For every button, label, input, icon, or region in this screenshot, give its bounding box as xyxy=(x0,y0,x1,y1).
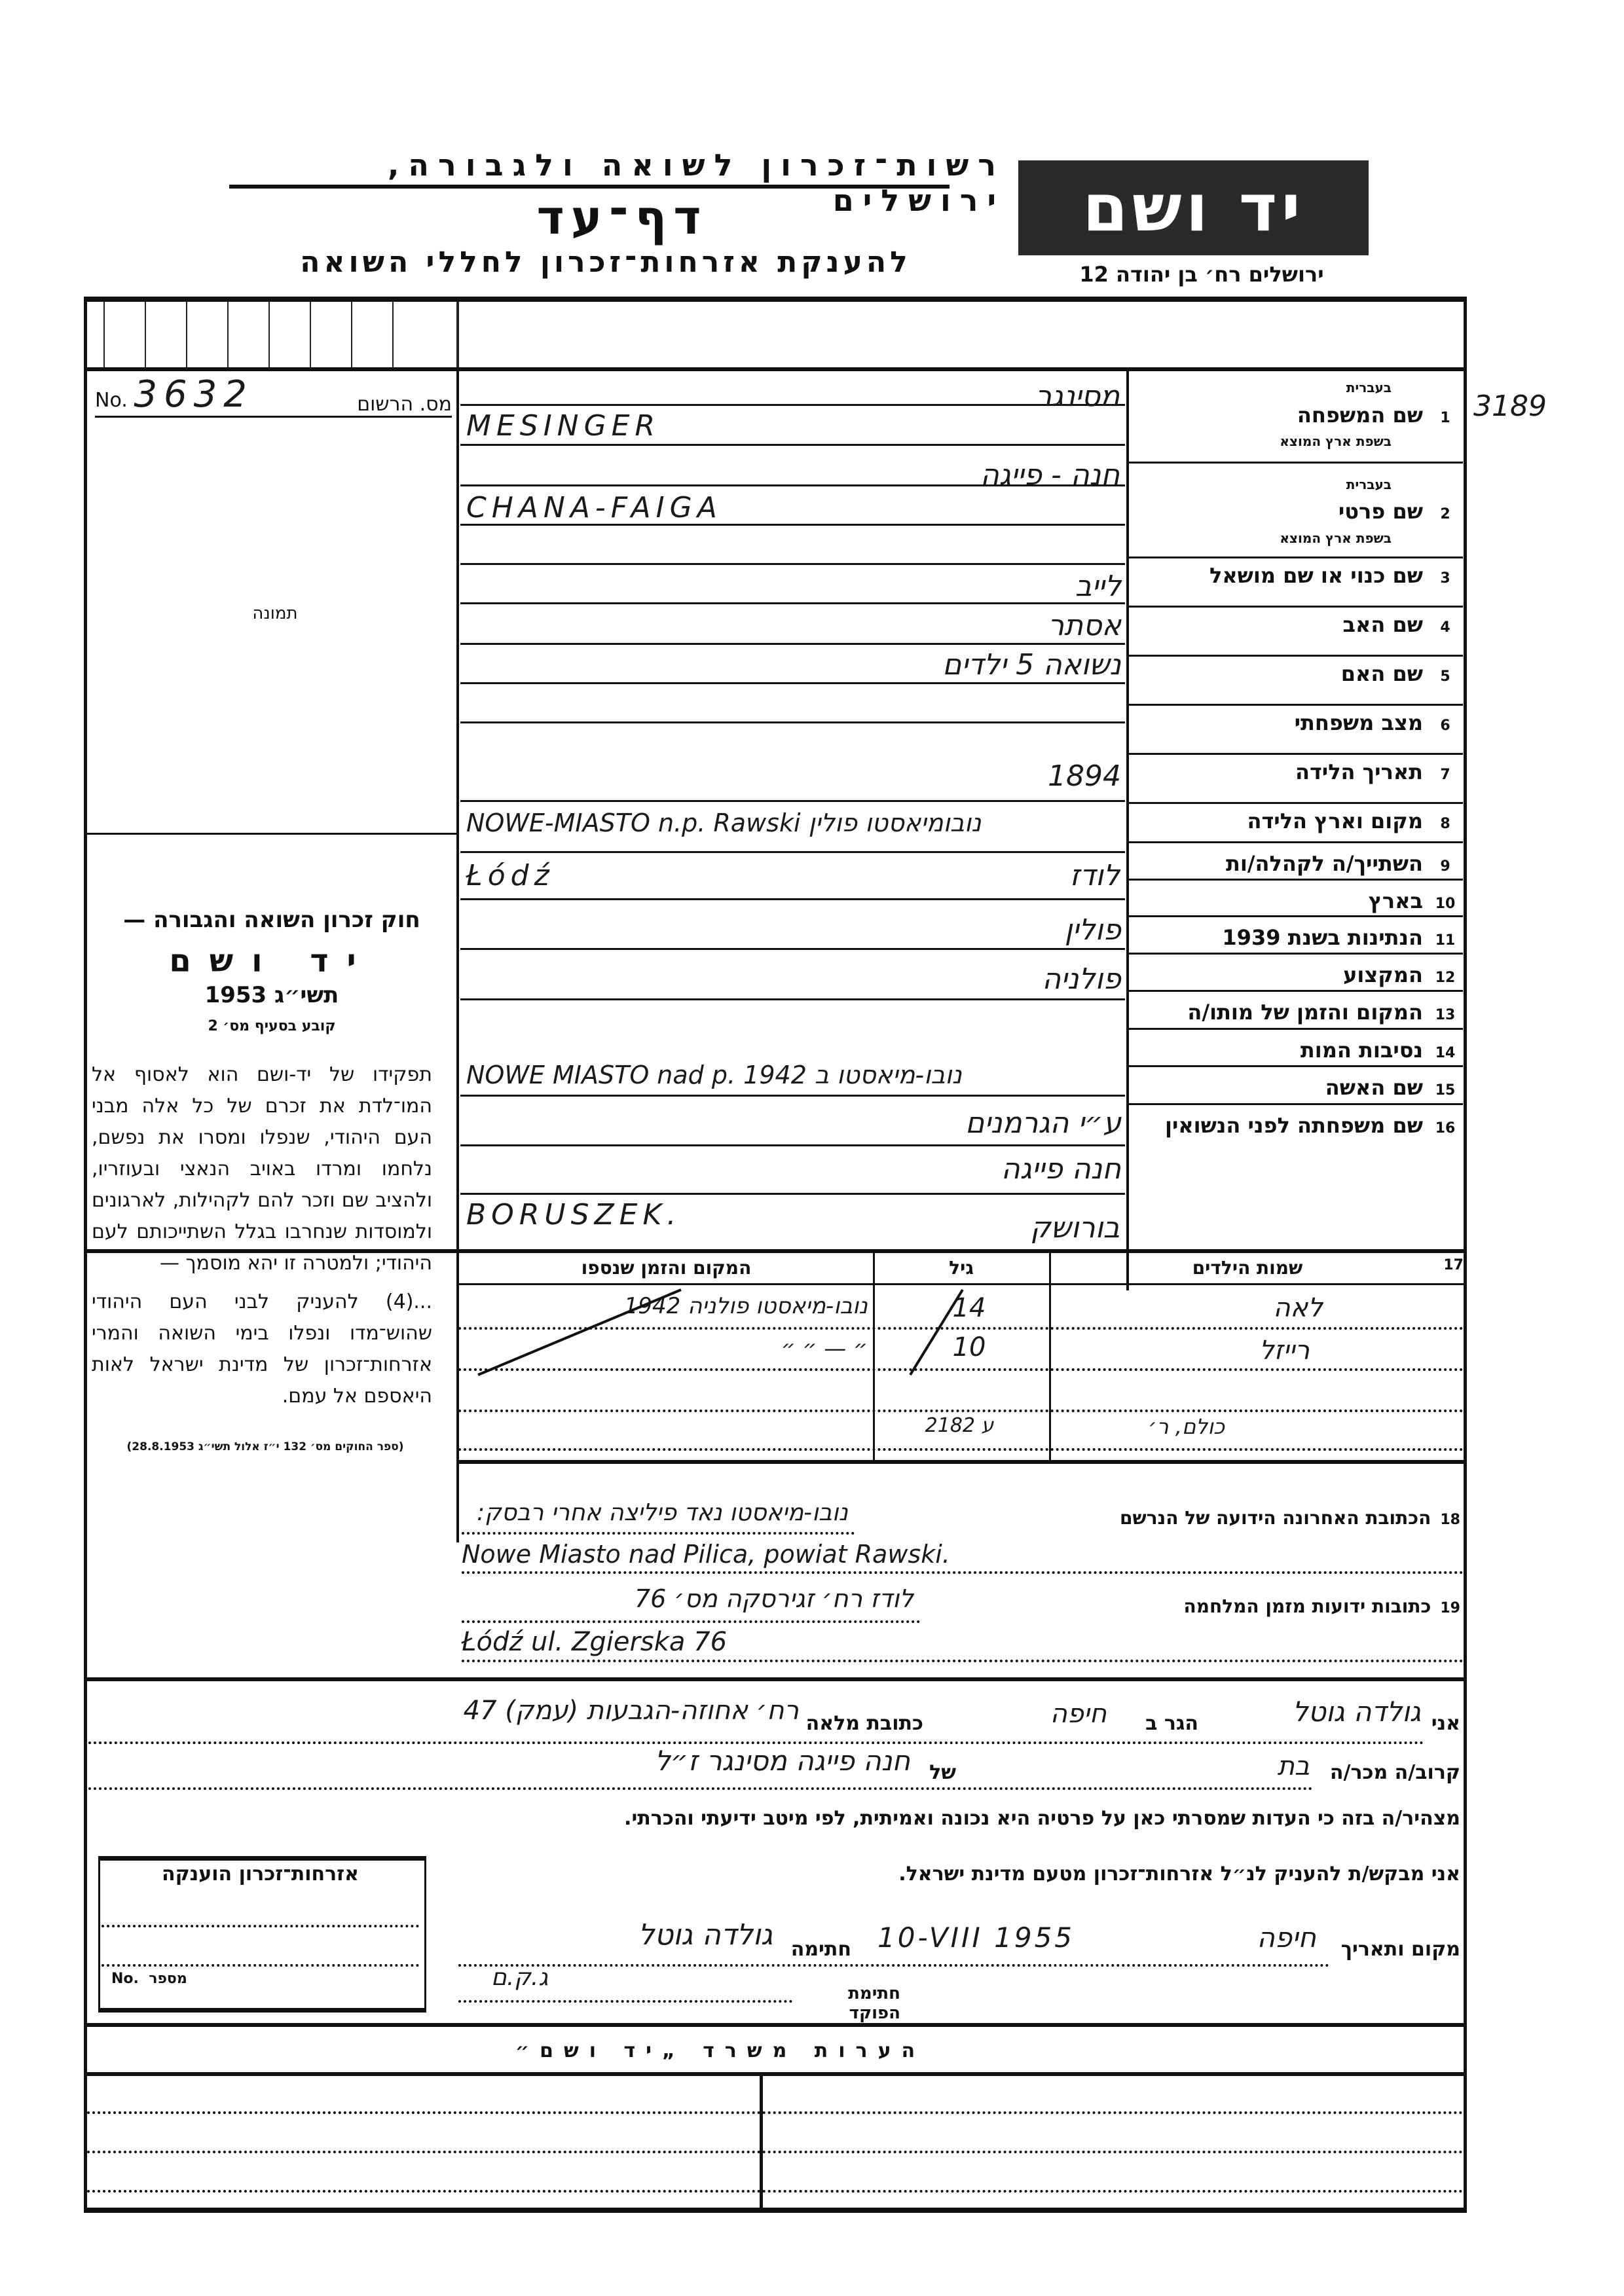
remarks-title: הערות משרד „יד ושם״ xyxy=(458,2039,982,2062)
header-underline xyxy=(229,185,950,189)
relation-value[interactable]: בת xyxy=(1211,1751,1310,1781)
yad-vashem-logo: יד ושם xyxy=(1018,160,1369,255)
field-3-label: 3שם כנוי או שם מושאל xyxy=(1132,563,1456,588)
field-15-value[interactable]: חנה פייגה xyxy=(466,1152,1121,1186)
field-1-label: 1שם המשפחה xyxy=(1132,403,1456,428)
field-1-sub-origin: בשפת ארץ המוצא xyxy=(1136,433,1392,449)
field-14-value[interactable]: ע״י הגרמנים xyxy=(466,1106,1121,1140)
address-section-bottom xyxy=(87,1677,1464,1681)
field-15-label: 15שם האשה xyxy=(1132,1075,1456,1100)
child-4-age-note[interactable]: 2182 ע xyxy=(877,1414,1041,1437)
form-subtitle: להענקת אזרחות־זכרון לחללי השואה xyxy=(295,246,917,279)
resides-label: הגר ב xyxy=(1113,1712,1198,1735)
deceased-name-signed[interactable]: חנה פייגה מסינגר ז״ל xyxy=(458,1745,910,1777)
field-18-value-latin[interactable]: Nowe Miasto nad Pilica, powiat Rawski. xyxy=(462,1540,1247,1569)
field-2-sub-hebrew: בעברית xyxy=(1136,477,1392,492)
law-reference: (ספר החוקים מס׳ 132 י״ז אלול תשי״ג 28.8.… xyxy=(95,1440,435,1453)
law-yad-vashem: יד ושם xyxy=(95,943,449,979)
field-10-label: 10בארץ xyxy=(1132,888,1456,913)
law-title: חוק זכרון השואה והגבורה — xyxy=(95,907,449,933)
field-12-label: 12המקצוע xyxy=(1132,962,1456,987)
field-18-label: 18הכתובת האחרונה הידועה של הנרשם xyxy=(851,1507,1460,1529)
field-13-label: 13המקום והזמן של מותו/ה xyxy=(1132,1000,1456,1025)
full-address-value[interactable]: רח׳ אחוזה-הגבעות (עמק) 47 xyxy=(88,1696,799,1726)
margin-note: 3189 xyxy=(1473,390,1547,423)
signature-label: חתימה xyxy=(779,1938,851,1961)
child-1-name[interactable]: לאה xyxy=(1061,1293,1323,1323)
column-divider-right xyxy=(1126,367,1129,1290)
child-4-note[interactable]: כולם, ר׳ xyxy=(1061,1414,1225,1439)
logo-address: ירושלים רח׳ בן יהודה 12 xyxy=(1048,262,1356,287)
field-1-value-hebrew[interactable]: מסינגר xyxy=(851,380,1120,413)
declaration-statement: מצהיר/ה בזה כי העדות שמסרתי כאן על פרטיה… xyxy=(498,1807,1460,1830)
place-date-label: מקום ותאריך xyxy=(1329,1938,1460,1961)
field-7-label: 7תאריך הלידה xyxy=(1132,759,1456,784)
field-1-sub-hebrew: בעברית xyxy=(1136,380,1392,395)
field-5-value[interactable]: אסתר xyxy=(466,609,1121,642)
field-19-label: 19כתובות ידועות מזמן המלחמה xyxy=(917,1595,1460,1617)
field-19-value-latin[interactable]: Łódź ul. Zgierska 76 xyxy=(462,1627,1051,1657)
field-14-label: 14נסיבות המות xyxy=(1132,1038,1456,1063)
field-11-label: 11הנתינות בשנת 1939 xyxy=(1132,925,1456,950)
field-18-value-hebrew[interactable]: נובו-מיאסטו נאד פיליצה אחרי רבסק: xyxy=(462,1499,848,1526)
declaration-request: אני מבקש/ת להעניק לנ״ל אזרחות־זכרון מטעם… xyxy=(720,1863,1460,1886)
field-4-label: 4שם האב xyxy=(1132,612,1456,637)
child-2-name[interactable]: רייזל xyxy=(1061,1336,1310,1366)
top-blank-strip xyxy=(87,302,1464,371)
field-16-value-latin[interactable]: BORUSZEK. xyxy=(466,1198,859,1231)
field-7-value[interactable]: 1894 xyxy=(466,759,1121,793)
of-label: של xyxy=(917,1761,956,1784)
certificate-number-label: No. מספר xyxy=(111,1971,187,1987)
place-value[interactable]: חיפה xyxy=(1185,1922,1316,1954)
signature-value[interactable]: גולדה גוטל xyxy=(498,1918,773,1952)
registration-number-value: 3632 xyxy=(134,373,253,416)
field-13-value[interactable]: NOWE MIASTO nad p. נובו-מיאסטו ב 1942 xyxy=(466,1061,1121,1089)
law-section: קובע בסעיף מס׳ 2 xyxy=(95,1018,449,1034)
field-9-value-hebrew[interactable]: לודז xyxy=(950,859,1120,892)
official-signature-value[interactable]: ג.ק.ם xyxy=(491,1964,622,1991)
field-11-value[interactable]: פולניה xyxy=(466,962,1121,996)
children-section-bottom xyxy=(458,1460,1464,1464)
field-9-value-latin[interactable]: Łódź xyxy=(466,859,663,892)
field-1-value-latin[interactable]: MESINGER xyxy=(466,409,925,443)
law-paragraph-2: ...(4) להעניק לבני העם היהודי שהוש־מדו ו… xyxy=(92,1286,432,1412)
registration-label-en: No. xyxy=(95,389,128,412)
registration-label-he: מס. הרשום xyxy=(357,393,452,416)
children-field-number: 17 xyxy=(1444,1257,1464,1273)
resides-value[interactable]: חיפה xyxy=(969,1699,1107,1729)
field-2-value-hebrew[interactable]: חנה - פייגה xyxy=(786,458,1120,492)
field-8-value[interactable]: NOWE-MIASTO n.p. Rawski נובומיאסטו פולין xyxy=(466,809,1121,837)
strike-through-mark xyxy=(458,1283,1048,1388)
date-value[interactable]: 10-VIII 1955 xyxy=(877,1922,1172,1954)
registration-number-field[interactable]: No. 3632 מס. הרשום xyxy=(95,380,452,418)
official-signature-label: חתימת הפוקד xyxy=(796,1984,900,2023)
field-2-value-latin[interactable]: CHANA-FAIGA xyxy=(466,491,925,524)
remarks-column-divider xyxy=(760,2072,763,2210)
form-title: דף־עד xyxy=(458,190,786,245)
field-5-label: 5שם האם xyxy=(1132,661,1456,686)
field-6-label: 6מצב משפחתי xyxy=(1132,710,1456,735)
declarant-label: אני xyxy=(1424,1712,1460,1735)
field-8-label: 8מקום וארץ הלידה xyxy=(1132,809,1456,833)
field-16-label: 16שם משפחתה לפני הנשואין xyxy=(1132,1113,1456,1138)
field-2-sub-origin: בשפת ארץ המוצא xyxy=(1136,530,1392,546)
field-4-value[interactable]: לייב xyxy=(466,570,1121,603)
children-col-names: שמות הילדים xyxy=(1054,1257,1441,1279)
children-col-place: המקום והזמן שנספו xyxy=(462,1257,871,1279)
field-6-value[interactable]: נשואה 5 ילדים xyxy=(466,648,1121,682)
field-19-value-hebrew[interactable]: לודז רח׳ זגירסקה מס׳ 76 xyxy=(462,1584,913,1613)
field-10-value[interactable]: פולין xyxy=(466,913,1121,947)
declarant-name[interactable]: גולדה גוטל xyxy=(1211,1696,1421,1728)
field-9-label: 9השתייך/ה לקהלה/ות xyxy=(1132,851,1456,876)
remarks-section-top xyxy=(87,2023,1464,2027)
full-address-label: כתובת מלאה xyxy=(805,1712,923,1735)
photo-area-divider xyxy=(87,833,456,835)
logo-text: יד ושם xyxy=(1082,170,1304,246)
relation-label: קרוב/ה מכר/ה xyxy=(1316,1761,1460,1784)
field-16-value-hebrew[interactable]: בורושק xyxy=(917,1211,1120,1245)
law-year: תשי״ג 1953 xyxy=(95,982,449,1008)
remarks-header-rule xyxy=(87,2072,1464,2076)
children-section-top xyxy=(87,1249,1464,1253)
certificate-box-title: אזרחות־זכרון הוענקה xyxy=(98,1863,422,1886)
field-2-label: 2שם פרטי xyxy=(1132,499,1456,524)
law-paragraph-1: תפקידו של יד-ושם הוא לאסוף אל המו־לדת את… xyxy=(92,1059,432,1279)
children-col-age: גיל xyxy=(876,1257,1046,1279)
photo-placeholder-label: תמונה xyxy=(223,604,327,623)
